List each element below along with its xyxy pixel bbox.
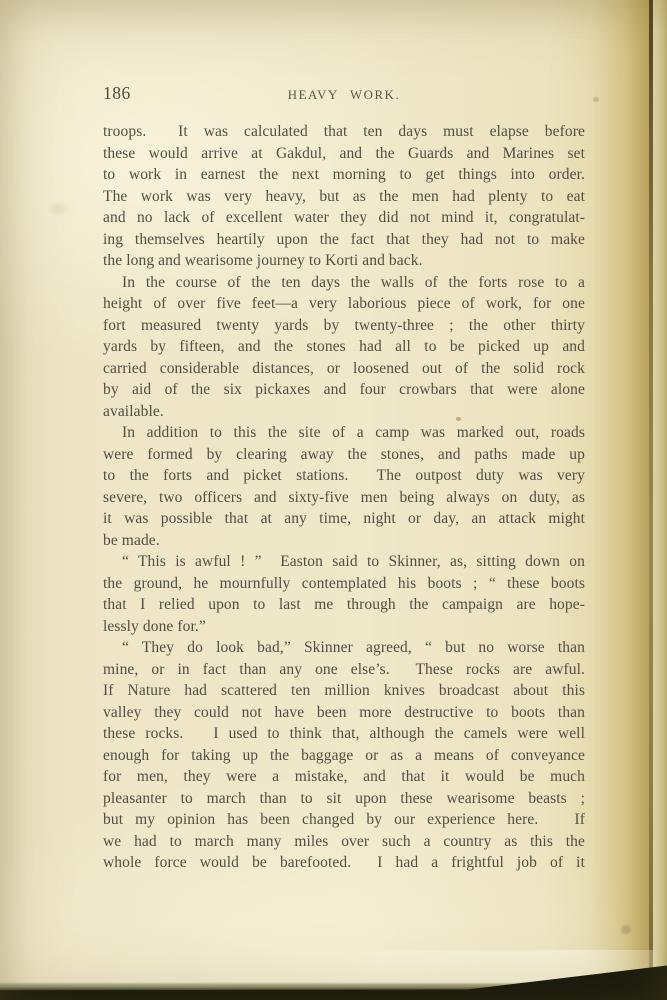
text-line: and no lack of excellent water they did … xyxy=(103,207,585,229)
text-line: pleasanter to march than to sit upon the… xyxy=(103,788,585,810)
text-line: mine, or in fact than any one else’s. Th… xyxy=(103,659,585,681)
text-line: severe, two officers and sixty-five men … xyxy=(103,487,585,509)
text-line: be made. xyxy=(103,530,585,552)
text-line: were formed by clearing away the stones,… xyxy=(103,444,585,466)
text-line: we had to march many miles over such a c… xyxy=(103,831,585,853)
text-line: enough for taking up the baggage or as a… xyxy=(103,745,585,767)
text-column: troops. It was calculated that ten days … xyxy=(103,121,585,874)
text-line: by aid of the six pickaxes and four crow… xyxy=(103,379,585,401)
text-line: The work was very heavy, but as the men … xyxy=(103,186,585,208)
text-line: yards by fifteen, and the stones had all… xyxy=(103,336,585,358)
text-line: these would arrive at Gakdul, and the Gu… xyxy=(103,143,585,165)
paragraph: In addition to this the site of a camp w… xyxy=(103,422,585,551)
text-line: to work in earnest the next morning to g… xyxy=(103,164,585,186)
text-line: “ They do look bad,” Skinner agreed, “ b… xyxy=(103,637,585,659)
text-line: height of over five feet—a very laboriou… xyxy=(103,293,585,315)
paragraph: “ This is awful ! ” Easton said to Skinn… xyxy=(103,551,585,637)
text-line: ing themselves heartily upon the fact th… xyxy=(103,229,585,251)
text-line: but my opinion has been changed by our e… xyxy=(103,809,585,831)
paragraph: troops. It was calculated that ten days … xyxy=(103,121,585,272)
paragraph: “ They do look bad,” Skinner agreed, “ b… xyxy=(103,637,585,874)
text-line: to the forts and picket stations. The ou… xyxy=(103,465,585,487)
text-line: for men, they were a mistake, and that i… xyxy=(103,766,585,788)
text-line: valley they could not have been more des… xyxy=(103,702,585,724)
text-line: troops. It was calculated that ten days … xyxy=(103,121,585,143)
page-fore-edge-shading xyxy=(592,0,652,1000)
text-line: carried considerable distances, or loose… xyxy=(103,358,585,380)
running-header: HEAVY WORK. xyxy=(103,88,585,103)
paragraph: In the course of the ten days the walls … xyxy=(103,272,585,423)
text-line: “ This is awful ! ” Easton said to Skinn… xyxy=(103,551,585,573)
paper-smudge xyxy=(50,204,66,214)
text-line: these rocks. I used to think that, altho… xyxy=(103,723,585,745)
text-line: available. xyxy=(103,401,585,423)
text-line: If Nature had scattered ten million kniv… xyxy=(103,680,585,702)
text-line: that I relied upon to last me through th… xyxy=(103,594,585,616)
text-line: lessly done for.” xyxy=(103,616,585,638)
text-line: In addition to this the site of a camp w… xyxy=(103,422,585,444)
text-line: the ground, he mournfully contemplated h… xyxy=(103,573,585,595)
book-page-scan: 186 HEAVY WORK. troops. It was calculate… xyxy=(0,0,667,1000)
text-line: In the course of the ten days the walls … xyxy=(103,272,585,294)
text-line: fort measured twenty yards by twenty-thr… xyxy=(103,315,585,337)
text-line: it was possible that at any time, night … xyxy=(103,508,585,530)
text-line: whole force would be barefooted. I had a… xyxy=(103,852,585,874)
next-pages-edge-strip xyxy=(653,0,667,1000)
text-line: the long and wearisome journey to Korti … xyxy=(103,250,585,272)
